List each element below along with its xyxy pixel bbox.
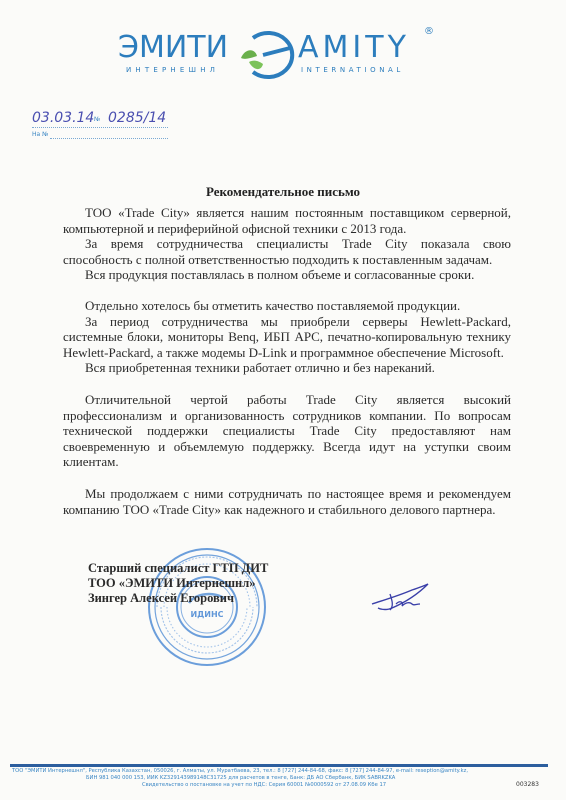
footer-vat-certificate: Свидетельство о постановке на учет по НД… xyxy=(8,782,560,789)
logo-en-subtitle: INTERNATIONAL xyxy=(301,66,404,74)
logo-ru-subtitle: ИНТЕРНЕШНЛ xyxy=(126,66,219,74)
reference-block: 03.03.14 № 0285/14 На № xyxy=(30,110,190,144)
handwritten-signature-icon xyxy=(368,580,438,614)
footer-requisites: ТОО "ЭМИТИ Интернешнл", Республика Казах… xyxy=(8,768,560,789)
paragraph: За время сотрудничества специалисты Trad… xyxy=(63,236,511,267)
reference-number: 0285/14 xyxy=(108,110,166,126)
logo-en-wordmark: AMITY xyxy=(298,32,410,64)
logo-emblem-icon xyxy=(235,28,297,80)
reference-number-label: № xyxy=(94,116,100,123)
form-serial-number: 003283 xyxy=(516,781,539,788)
in-reply-to-underline xyxy=(50,138,168,139)
logo-ru-wordmark: ЭМИТИ xyxy=(118,32,228,64)
footer-rule xyxy=(10,764,548,767)
paragraph: За период сотрудничества мы приобрели се… xyxy=(63,314,511,361)
signatory-block: Старший специалист ГТП ДИТ ТОО «ЭМИТИ Ин… xyxy=(88,561,268,606)
paragraph: Вся приобретенная техники работает отлич… xyxy=(63,360,511,376)
document-title: Рекомендательное письмо xyxy=(0,184,566,200)
company-logo: ЭМИТИ ИНТЕРНЕШНЛ AMITY INTERNATIONAL ® xyxy=(118,30,448,90)
letter-page: ЭМИТИ ИНТЕРНЕШНЛ AMITY INTERNATIONAL ® 0… xyxy=(0,0,566,800)
signatory-position: Старший специалист ГТП ДИТ xyxy=(88,561,268,576)
reference-underline xyxy=(32,127,168,128)
registered-mark-icon: ® xyxy=(424,26,434,37)
letter-body: ТОО «Trade City» является нашим постоянн… xyxy=(63,205,511,517)
reference-date: 03.03.14 xyxy=(32,110,94,126)
footer-address: ТОО "ЭМИТИ Интернешнл", Республика Казах… xyxy=(8,768,560,775)
stamp-center-text: ИДИНС xyxy=(190,610,223,619)
footer-bank-details: БИН 981 040 000 153, ИИК KZ329143989148C… xyxy=(8,775,560,782)
paragraph: Мы продолжаем с ними сотрудничать по нас… xyxy=(63,486,511,517)
signatory-company: ТОО «ЭМИТИ Интернешнл» xyxy=(88,576,268,591)
paragraph: ТОО «Trade City» является нашим постоянн… xyxy=(63,205,511,236)
in-reply-to-label: На № xyxy=(32,131,48,138)
paragraph: Вся продукция поставлялась в полном объе… xyxy=(63,267,511,283)
paragraph: Отдельно хотелось бы отметить качество п… xyxy=(63,298,511,314)
paragraph: Отличительной чертой работы Trade City я… xyxy=(63,392,511,470)
signatory-name: Зингер Алексей Егорович xyxy=(88,591,268,606)
